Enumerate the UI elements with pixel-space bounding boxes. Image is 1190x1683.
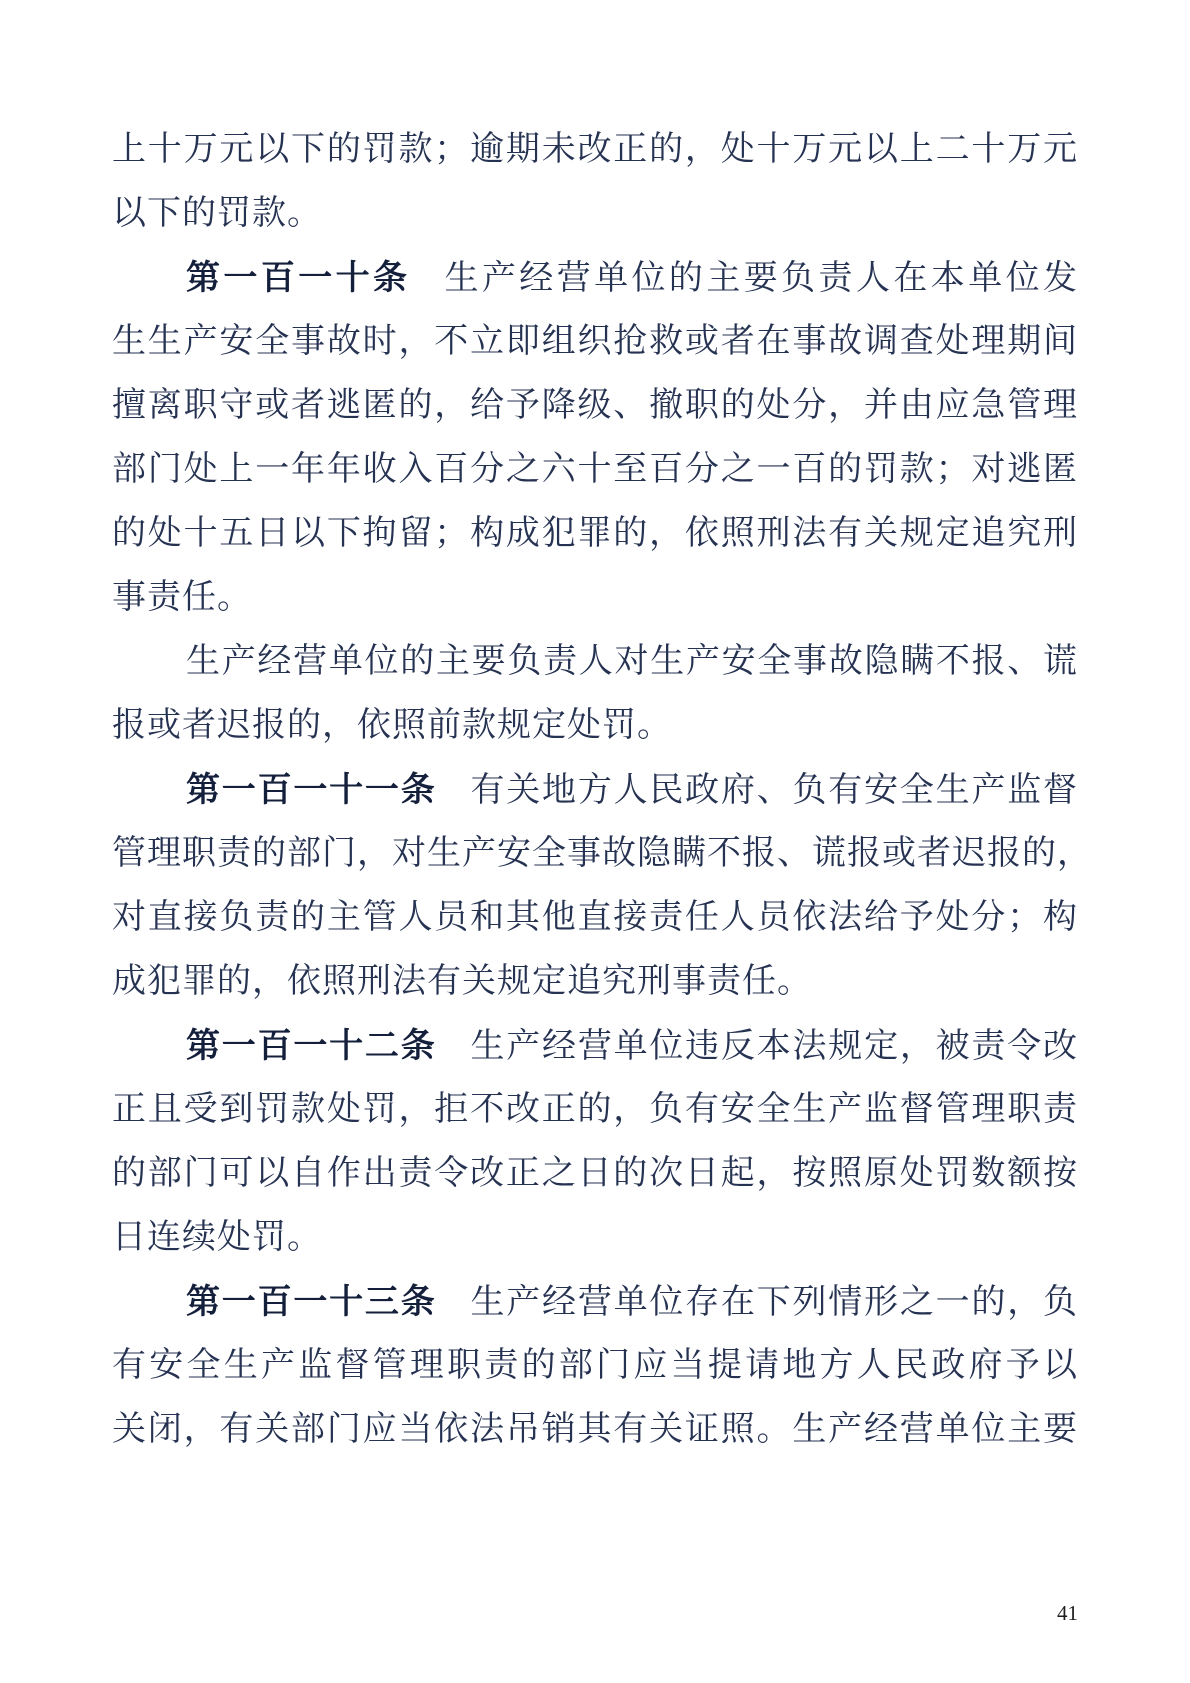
text-line: 事责任。	[112, 566, 1078, 630]
page-footer: 41	[112, 1601, 1078, 1626]
text-line: 日连续处罚。	[112, 1206, 1078, 1270]
article-number: 第一百一十三条	[186, 1283, 436, 1321]
line-text: 报或者迟报的，依照前款规定处罚。	[112, 707, 672, 744]
text-line: 正且受到罚款处罚，拒不改正的，负有安全生产监督管理职责	[112, 1078, 1078, 1142]
line-text: 生产经营单位的主要负责人在本单位发	[444, 260, 1078, 297]
line-text: 擅离职守或者逃匿的，给予降级、撤职的处分，并由应急管理	[112, 387, 1078, 424]
text-line: 生生产安全事故时，不立即组织抢救或者在事故调查处理期间	[112, 310, 1078, 374]
text-line: 的处十五日以下拘留；构成犯罪的，依照刑法有关规定追究刑	[112, 502, 1078, 566]
line-text: 上十万元以下的罚款；逾期未改正的，处十万元以上二十万元	[112, 131, 1078, 168]
line-text: 生生产安全事故时，不立即组织抢救或者在事故调查处理期间	[112, 323, 1078, 360]
line-text: 部门处上一年年收入百分之六十至百分之一百的罚款；对逃匿	[112, 451, 1078, 488]
line-text: 成犯罪的，依照刑法有关规定追究刑事责任。	[112, 963, 812, 1000]
line-text: 有关地方人民政府、负有安全生产监督	[470, 772, 1078, 809]
text-line: 对直接负责的主管人员和其他直接责任人员依法给予处分；构	[112, 886, 1078, 950]
line-text: 正且受到罚款处罚，拒不改正的，负有安全生产监督管理职责	[112, 1091, 1078, 1128]
text-line: 生产经营单位的主要负责人对生产安全事故隐瞒不报、谎	[112, 630, 1078, 694]
document-body: 上十万元以下的罚款；逾期未改正的，处十万元以上二十万元以下的罚款。第一百一十条生…	[112, 118, 1078, 1462]
text-line: 成犯罪的，依照刑法有关规定追究刑事责任。	[112, 950, 1078, 1014]
article-number: 第一百一十条	[186, 259, 410, 297]
text-line: 的部门可以自作出责令改正之日的次日起，按照原处罚数额按	[112, 1142, 1078, 1206]
line-text: 对直接负责的主管人员和其他直接责任人员依法给予处分；构	[112, 899, 1078, 936]
line-text: 有安全生产监督管理职责的部门应当提请地方人民政府予以	[112, 1347, 1078, 1384]
line-text: 管理职责的部门，对生产安全事故隐瞒不报、谎报或者迟报的，	[112, 835, 1092, 872]
text-line: 以下的罚款。	[112, 182, 1078, 246]
document-page: 上十万元以下的罚款；逾期未改正的，处十万元以上二十万元以下的罚款。第一百一十条生…	[0, 0, 1190, 1683]
article-number: 第一百一十二条	[186, 1027, 436, 1065]
text-line: 部门处上一年年收入百分之六十至百分之一百的罚款；对逃匿	[112, 438, 1078, 502]
line-text: 关闭，有关部门应当依法吊销其有关证照。生产经营单位主要	[112, 1411, 1078, 1448]
line-text: 的部门可以自作出责令改正之日的次日起，按照原处罚数额按	[112, 1155, 1078, 1192]
article-number: 第一百一十一条	[186, 771, 436, 809]
line-text: 的处十五日以下拘留；构成犯罪的，依照刑法有关规定追究刑	[112, 515, 1078, 552]
text-line: 第一百一十二条生产经营单位违反本法规定，被责令改	[112, 1014, 1078, 1078]
line-text: 生产经营单位存在下列情形之一的，负	[470, 1284, 1078, 1321]
text-line: 报或者迟报的，依照前款规定处罚。	[112, 694, 1078, 758]
text-line: 擅离职守或者逃匿的，给予降级、撤职的处分，并由应急管理	[112, 374, 1078, 438]
text-line: 第一百一十条生产经营单位的主要负责人在本单位发	[112, 246, 1078, 310]
text-line: 关闭，有关部门应当依法吊销其有关证照。生产经营单位主要	[112, 1398, 1078, 1462]
text-line: 有安全生产监督管理职责的部门应当提请地方人民政府予以	[112, 1334, 1078, 1398]
line-text: 日连续处罚。	[112, 1219, 322, 1256]
line-text: 生产经营单位违反本法规定，被责令改	[470, 1028, 1078, 1065]
line-text: 生产经营单位的主要负责人对生产安全事故隐瞒不报、谎	[186, 643, 1078, 680]
page-number: 41	[1057, 1601, 1078, 1625]
text-line: 上十万元以下的罚款；逾期未改正的，处十万元以上二十万元	[112, 118, 1078, 182]
text-line: 管理职责的部门，对生产安全事故隐瞒不报、谎报或者迟报的，	[112, 822, 1078, 886]
text-line: 第一百一十三条生产经营单位存在下列情形之一的，负	[112, 1270, 1078, 1334]
text-line: 第一百一十一条有关地方人民政府、负有安全生产监督	[112, 758, 1078, 822]
line-text: 以下的罚款。	[112, 195, 322, 232]
line-text: 事责任。	[112, 579, 252, 616]
